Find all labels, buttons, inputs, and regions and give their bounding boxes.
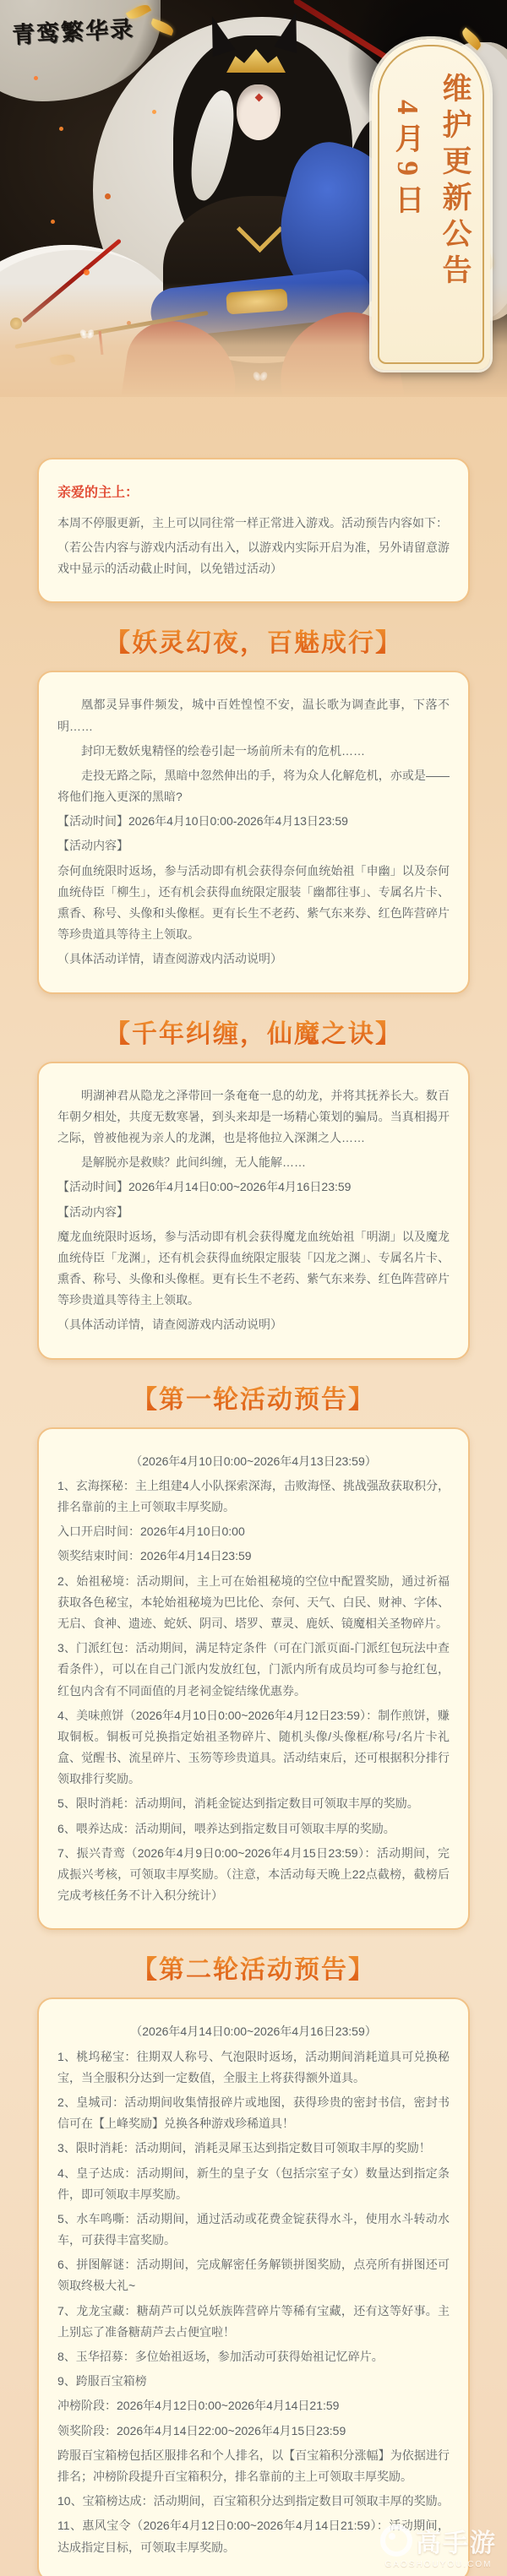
story-paragraph: 凰都灵异事件频发，城中百姓惶惶不安，温长歌为调查此事，下落不明……: [57, 694, 450, 736]
game-logo: 青鸾繁华录: [11, 10, 135, 50]
list-item: 9、跨服百宝箱榜: [57, 2371, 450, 2392]
butterfly-icon: [253, 372, 267, 381]
butterfly-icon: [80, 329, 94, 339]
section-heading-round2: 【第二轮活动预告】: [37, 1948, 470, 1986]
list-item: 1、桃坞秘宝：往期双人称号、气泡限时返场，活动期间消耗道具可兑换秘宝，当全服积分…: [57, 2046, 450, 2089]
ember-particles: [34, 76, 38, 80]
activity-content-label: 【活动内容】: [57, 835, 450, 856]
list-item: 7、振兴青鸾（2026年4月9日0:00~2026年4月15日23:59）：活动…: [57, 1843, 450, 1907]
story-paragraph: 是解脱亦是救赎？此间纠缠，无人能解……: [57, 1152, 450, 1173]
list-item: 6、拼图解谜：活动期间，完成解密任务解锁拼图奖励，点亮所有拼图还可领取终极大礼~: [57, 2254, 450, 2296]
story-paragraph: 明湖神君从隐龙之泽带回一条奄奄一息的幼龙，并将其抚养长大。数百年朝夕相处，共度无…: [57, 1085, 450, 1149]
hero-illustration: 维护更新公告 4月9日 青鸾繁华录: [0, 0, 507, 397]
event2-card: 明湖神君从隐龙之泽带回一条奄奄一息的幼龙，并将其抚养长大。数百年朝夕相处，共度无…: [37, 1062, 470, 1360]
list-item: 3、限时消耗：活动期间，消耗灵犀玉达到指定数目可领取丰厚的奖励！: [57, 2138, 450, 2159]
list-item: 跨服百宝箱榜包括区服排名和个人排名，以【百宝箱积分涨幅】为依据进行排名；冲榜阶段…: [57, 2445, 450, 2487]
round2-card: （2026年4月14日0:00~2026年4月16日23:59） 1、桃坞秘宝：…: [37, 1997, 470, 2576]
list-item: 领奖阶段：2026年4月14日22:00~2026年4月15日23:59: [57, 2421, 450, 2442]
section-heading-event2: 【千年纠缠，仙魔之诀】: [37, 1013, 470, 1050]
announcement-body: 亲爱的主上： 本周不停服更新，主上可以同往常一样正常进入游戏。活动预告内容如下：…: [0, 458, 507, 2576]
list-item: 4、美味煎饼（2026年4月10日0:00~2026年4月12日23:59）：制…: [57, 1705, 450, 1791]
list-item: 入口开启时间：2026年4月10日0:00: [57, 1521, 450, 1542]
plate-date-vertical: 4月9日: [386, 100, 428, 222]
section-heading-event1: 【妖灵幻夜，百魅成行】: [37, 622, 470, 659]
activity-note: （具体活动详情，请查阅游戏内活动说明）: [57, 948, 450, 970]
section-heading-round1: 【第一轮活动预告】: [37, 1378, 470, 1416]
list-item: 领奖结束时间：2026年4月14日23:59: [57, 1546, 450, 1567]
list-item: 8、玉华招募：多位始祖返场，参加活动可获得始祖记忆碎片。: [57, 2346, 450, 2367]
activity-content: 魔龙血统限时返场，参与活动即有机会获得魔龙血统始祖「明湖」以及魔龙血统侍臣「龙渊…: [57, 1226, 450, 1312]
activity-content-label: 【活动内容】: [57, 1202, 450, 1223]
story-paragraph: 走投无路之际，黑暗中忽然伸出的手，将为众人化解危机，亦或是——将他们拖入更深的黑…: [57, 765, 450, 807]
list-item: 5、水车鸣嘶：活动期间，通过活动或花费金锭获得水斗，使用水斗转动水车，可获得丰富…: [57, 2209, 450, 2251]
watermark-site: GAOSHOUYOU.COM: [385, 2560, 493, 2569]
event1-card: 凰都灵异事件频发，城中百姓惶惶不安，温长歌为调查此事，下落不明…… 封印无数妖鬼…: [37, 671, 470, 993]
list-item: 7、龙龙宝藏：糖葫芦可以兑妖族阵营碎片等稀有宝藏，还有这等好事。主上别忘了准备糖…: [57, 2301, 450, 2343]
list-item: 4、皇子达成：活动期间，新生的皇子女（包括宗室子女）数量达到指定条件，即可领取丰…: [57, 2163, 450, 2205]
list-item: 10、宝箱榜达成：活动期间，百宝箱积分达到指定数目可领取丰厚的奖励。: [57, 2491, 450, 2512]
list-item: 2、始祖秘境：活动期间，主上可在始祖秘境的空位中配置奖励，通过祈福获取各色秘宝，…: [57, 1571, 450, 1635]
gaoshouyou-watermark: 高手游 GAOSHOUYOU.COM: [380, 2522, 497, 2569]
list-item: 6、喂养达成：活动期间，喂养达到指定数目可领取丰厚的奖励。: [57, 1818, 450, 1840]
list-item: 2、皇城司：活动期间收集情报碎片或地图，获得珍贵的密封书信，密封书信可在【上峰奖…: [57, 2092, 450, 2134]
list-item: 3、门派红包：活动期间，满足特定条件（可在门派页面-门派红包玩法中查看条件），可…: [57, 1638, 450, 1702]
story-paragraph: 封印无数妖鬼精怪的绘卷引起一场前所未有的危机……: [57, 741, 450, 762]
intro-paragraph: 本周不停服更新，主上可以同往常一样正常进入游戏。活动预告内容如下：: [57, 513, 450, 534]
list-item: 1、玄海探秘：主上组建4人小队探索深海，击败海怪、挑战强敌获取积分，排名靠前的主…: [57, 1475, 450, 1518]
round1-card: （2026年4月10日0:00~2026年4月13日23:59） 1、玄海探秘：…: [37, 1427, 470, 1931]
plate-title-vertical: 维护更新公告: [433, 73, 476, 291]
activity-content: 奈何血统限时返场，参与活动即有机会获得奈何血统始祖「申幽」以及奈何血统侍臣「柳生…: [57, 861, 450, 946]
gaoshouyou-logo-icon: [380, 2524, 412, 2557]
intro-card: 亲爱的主上： 本周不停服更新，主上可以同往常一样正常进入游戏。活动预告内容如下：…: [37, 458, 470, 603]
activity-time: 【活动时间】2026年4月10日0:00-2026年4月13日23:59: [57, 811, 450, 832]
watermark-name: 高手游: [416, 2522, 497, 2559]
announcement-plate: 维护更新公告 4月9日: [372, 39, 490, 370]
activity-time: 【活动时间】2026年4月14日0:00~2026年4月16日23:59: [57, 1177, 450, 1198]
announcement-page: 维护更新公告 4月9日 青鸾繁华录 亲爱的主上： 本周不停服更新，主上可以同往常…: [0, 0, 507, 2576]
salutation: 亲爱的主上：: [57, 481, 450, 506]
list-item: 冲榜阶段：2026年4月12日0:00~2026年4月14日21:59: [57, 2395, 450, 2416]
intro-paragraph: （若公告内容与游戏内活动有出入，以游戏内实际开启为准，另外请留意游戏中显示的活动…: [57, 537, 450, 579]
round1-date-range: （2026年4月10日0:00~2026年4月13日23:59）: [57, 1451, 450, 1472]
list-item: 5、限时消耗：活动期间，消耗金锭达到指定数目可领取丰厚的奖励。: [57, 1793, 450, 1814]
watermark-row: 高手游: [380, 2522, 497, 2559]
activity-note: （具体活动详情，请查阅游戏内活动说明）: [57, 1314, 450, 1335]
round2-date-range: （2026年4月14日0:00~2026年4月16日23:59）: [57, 2021, 450, 2042]
